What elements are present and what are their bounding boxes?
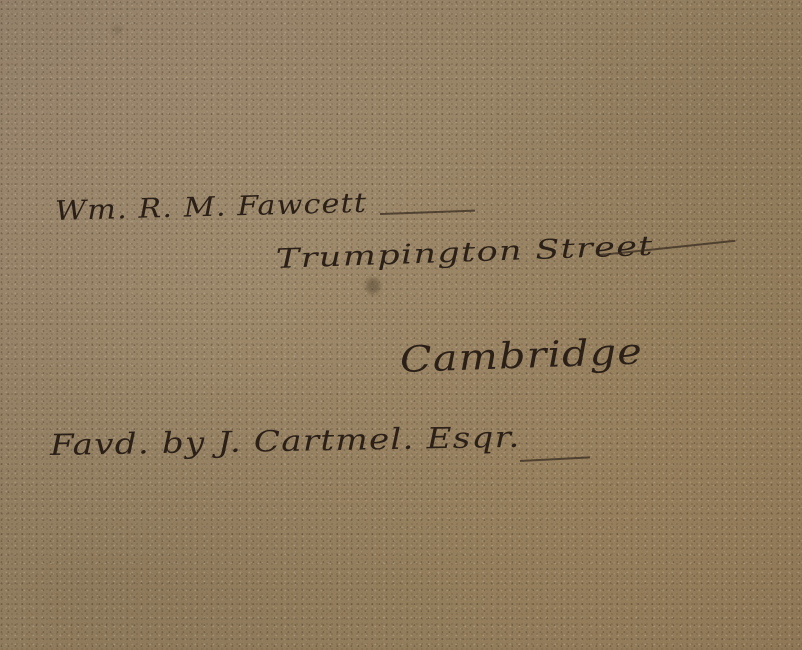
paper-texture: [0, 0, 802, 650]
ink-stain: [366, 278, 380, 294]
favour-annotation: Favd. by J. Cartmel. Esqr.: [50, 420, 521, 462]
addressee-name: Wm. R. M. Fawcett: [55, 188, 368, 227]
addressee-flourish: [380, 210, 475, 215]
city-name: Cambridge: [399, 332, 643, 381]
street-address: Trumpington Street: [275, 231, 654, 275]
favour-flourish: [520, 456, 590, 462]
envelope: Wm. R. M. Fawcett Trumpington Street Cam…: [0, 0, 802, 650]
paper-spot: [112, 26, 122, 34]
